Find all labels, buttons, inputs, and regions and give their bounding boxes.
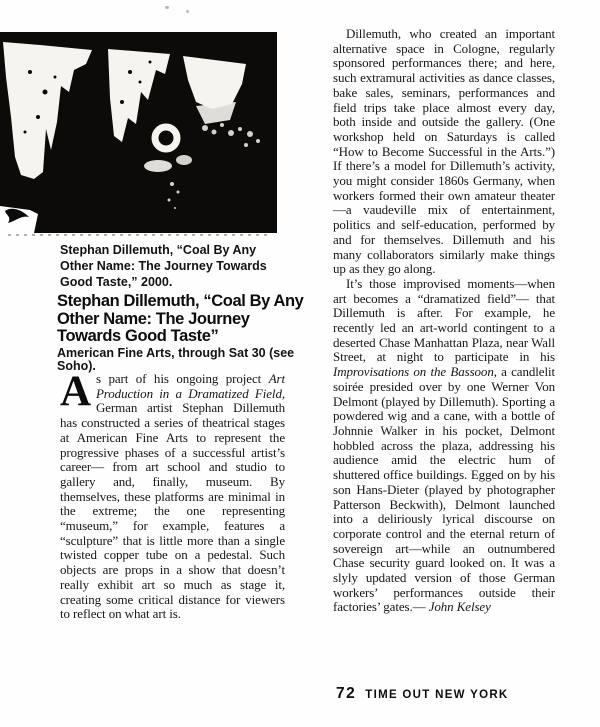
article-column-left: As part of his ongoing project Art Produ…	[60, 372, 285, 622]
byline: John Kelsey	[429, 599, 491, 614]
photo-caption: Stephan Dillemuth, “Coal By Any Other Na…	[60, 242, 278, 290]
scan-artifact	[186, 10, 189, 13]
artwork-photo-graphic	[0, 32, 277, 233]
artwork-photo	[0, 32, 277, 233]
photo-scan-shadow	[8, 234, 272, 236]
scan-artifact	[165, 6, 169, 9]
listing-headline: Stephan Dillemuth, “Coal By Any Other Na…	[57, 293, 307, 346]
paragraph-text: It’s those improvised moments—when art b…	[333, 276, 555, 365]
magazine-page: Stephan Dillemuth, “Coal By Any Other Na…	[0, 0, 600, 727]
page-footer: 72 TIME OUT NEW YORK	[336, 685, 509, 703]
paragraph: It’s those improvised moments—when art b…	[333, 277, 555, 615]
paragraph-intro: As part of his ongoing project Art Produ…	[60, 372, 285, 622]
article-column-right: Dillemuth, who created an important alte…	[333, 27, 555, 615]
paragraph: Dillemuth, who created an important alte…	[333, 27, 555, 277]
paragraph-text: s part of his ongoing project	[96, 371, 269, 386]
drop-cap: A	[60, 372, 96, 409]
venue-info: American Fine Arts, through Sat 30 (see …	[57, 347, 299, 373]
magazine-name: TIME OUT NEW YORK	[365, 689, 508, 701]
page-number: 72	[336, 685, 356, 703]
paragraph-text: a candlelit soirée presided over by one …	[333, 364, 555, 614]
italic-title-text: Improvisations on the Bassoon,	[333, 364, 497, 379]
paragraph-text: German artist Stephan Dillemuth has cons…	[60, 400, 285, 621]
